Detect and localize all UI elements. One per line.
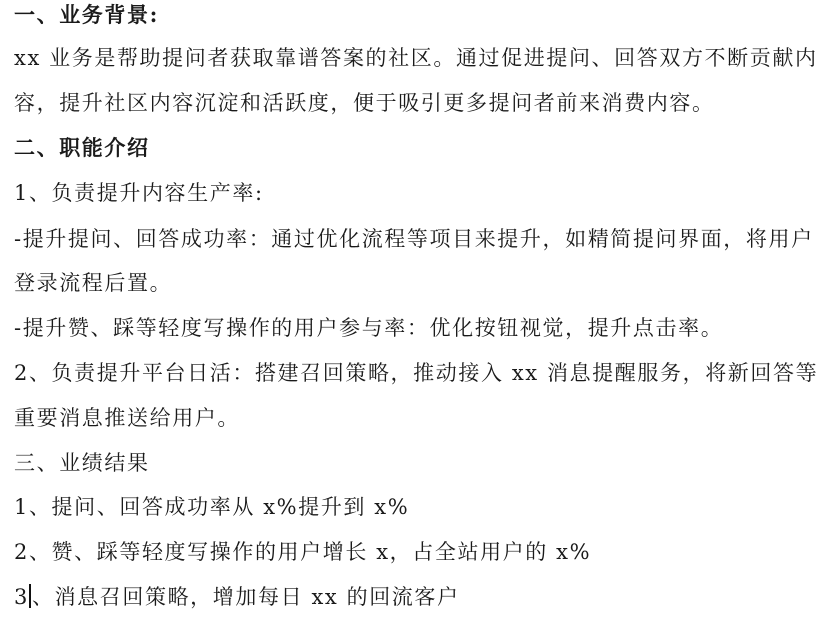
paragraph-line: xx 业务是帮助提问者获取靠谱答案的社区。通过促进提问、回答双方不断贡献内	[14, 43, 818, 73]
list-number: 3	[14, 585, 29, 609]
list-text: 、消息召回策略，增加每日 xx 的回流客户	[32, 585, 460, 609]
list-item: -提升提问、回答成功率：通过优化流程等项目来提升，如精简提问界面，将用户	[14, 224, 814, 254]
list-item: 2、赞、踩等轻度写操作的用户增长 x，占全站用户的 x%	[14, 537, 591, 567]
list-item: 重要消息推送给用户。	[14, 403, 240, 433]
list-item: 1、提问、回答成功率从 x%提升到 x%	[14, 492, 409, 522]
text-cursor	[29, 584, 31, 608]
list-item: -提升赞、踩等轻度写操作的用户参与率：优化按钮视觉，提升点击率。	[14, 313, 723, 343]
list-item: 2、负责提升平台日活：搭建召回策略，推动接入 xx 消息提醒服务，将新回答等	[14, 358, 818, 388]
paragraph-line: 容，提升社区内容沉淀和活跃度，便于吸引更多提问者前来消费内容。	[14, 88, 715, 118]
section-heading-functions: 二、职能介绍	[14, 133, 150, 163]
list-item: 3、消息召回策略，增加每日 xx 的回流客户	[14, 582, 460, 612]
list-item: 登录流程后置。	[14, 268, 172, 298]
list-item: 1、负责提升内容生产率:	[14, 178, 264, 208]
section-heading-background: 一、业务背景:	[14, 0, 159, 30]
section-heading-results: 三、业绩结果	[14, 448, 150, 478]
